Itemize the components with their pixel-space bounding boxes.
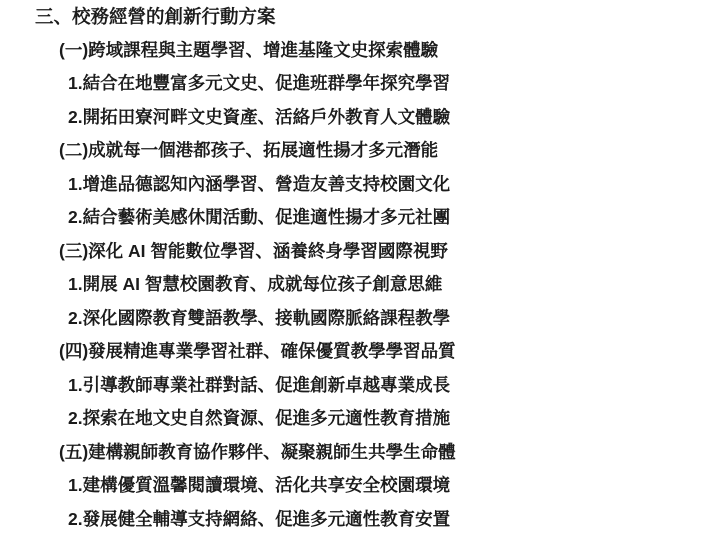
list-item: 2.開拓田寮河畔文史資產、活絡戶外教育人文體驗	[0, 101, 720, 135]
list-item: 2.結合藝術美感休閒活動、促進適性揚才多元社團	[0, 201, 720, 235]
page-title: 三、校務經營的創新行動方案	[0, 0, 720, 34]
document-page: 三、校務經營的創新行動方案 (一)跨域課程與主題學習、增進基隆文史探索體驗 1.…	[0, 0, 720, 536]
list-item: 1.結合在地豐富多元文史、促進班群學年探究學習	[0, 67, 720, 101]
section-heading-4: (四)發展精進專業學習社群、確保優質教學學習品質	[0, 335, 720, 369]
section-heading-3: (三)深化 AI 智能數位學習、涵養終身學習國際視野	[0, 235, 720, 269]
list-item: 1.開展 AI 智慧校園教育、成就每位孩子創意思維	[0, 268, 720, 302]
list-item: 1.建構優質溫馨閱讀環境、活化共享安全校園環境	[0, 469, 720, 503]
list-item: 2.發展健全輔導支持網絡、促進多元適性教育安置	[0, 503, 720, 536]
section-heading-2: (二)成就每一個港都孩子、拓展適性揚才多元潛能	[0, 134, 720, 168]
section-heading-1: (一)跨域課程與主題學習、增進基隆文史探索體驗	[0, 34, 720, 68]
list-item: 2.探索在地文史自然資源、促進多元適性教育措施	[0, 402, 720, 436]
list-item: 1.引導教師專業社群對話、促進創新卓越專業成長	[0, 369, 720, 403]
list-item: 2.深化國際教育雙語教學、接軌國際脈絡課程教學	[0, 302, 720, 336]
list-item: 1.增進品德認知內涵學習、營造友善支持校園文化	[0, 168, 720, 202]
section-heading-5: (五)建構親師教育協作夥伴、凝聚親師生共學生命體	[0, 436, 720, 470]
